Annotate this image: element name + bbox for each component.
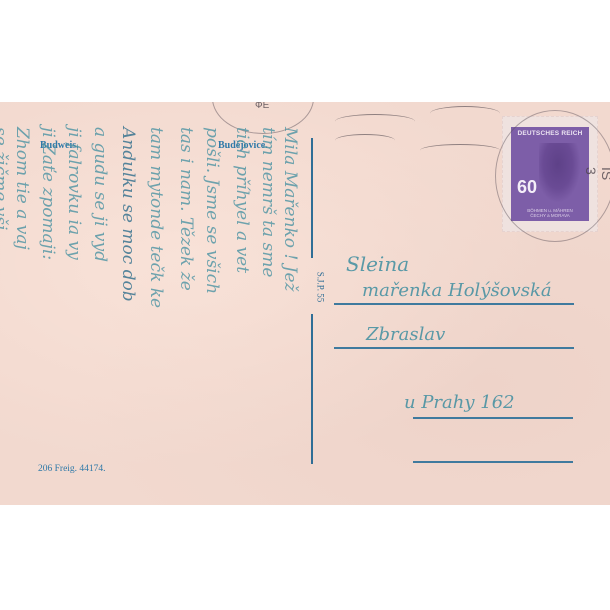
address-town: Zbraslav xyxy=(366,324,445,345)
address-recipient-title: Sleina xyxy=(346,252,409,276)
address-line xyxy=(334,303,574,305)
message-column: Zhom tie a vaj xyxy=(12,127,32,250)
address-line xyxy=(413,417,573,419)
address-line xyxy=(413,461,573,463)
address-line xyxy=(334,347,574,349)
publisher-code: 206 Freig. 44174. xyxy=(38,464,106,474)
divider-line xyxy=(311,314,313,464)
message-column: se žičme vši xyxy=(0,127,10,230)
vertical-publisher-mark: S.J.P. 55 xyxy=(315,272,325,303)
message-column: pošli. Jsme se všich xyxy=(202,127,222,294)
cancellation-wave xyxy=(420,144,500,157)
message-column: tím nemrš ta sme xyxy=(258,127,278,277)
postmark-text: ФЕ xyxy=(255,102,269,111)
message-column: tich příhyel a vet xyxy=(232,127,252,273)
cancellation-wave xyxy=(335,134,395,147)
address-locality: u Prahy 162 xyxy=(404,392,515,413)
message-column: ji falrovku ia vy xyxy=(64,127,84,260)
message-column: a gudu se ji vyd xyxy=(90,127,110,262)
cancellation-wave xyxy=(430,106,500,121)
postmark-text: IS 3 xyxy=(583,167,610,189)
message-column: tam mytonde tečk ke xyxy=(146,127,166,308)
message-column: Andulku se moc dob xyxy=(118,127,138,302)
message-column: tas i nam. Tězek že xyxy=(176,127,196,291)
cancellation-wave xyxy=(335,114,415,129)
address-recipient-name: mařenka Holýšovská xyxy=(362,280,552,301)
message-column: ji Zaťe zpomaji: xyxy=(38,127,58,260)
postcard: ФЕ Budweis. Budějovice. 206 Freig. 44174… xyxy=(0,102,610,505)
divider-line xyxy=(311,138,313,258)
message-column: Mila Mařenko ! Jež xyxy=(280,127,300,292)
